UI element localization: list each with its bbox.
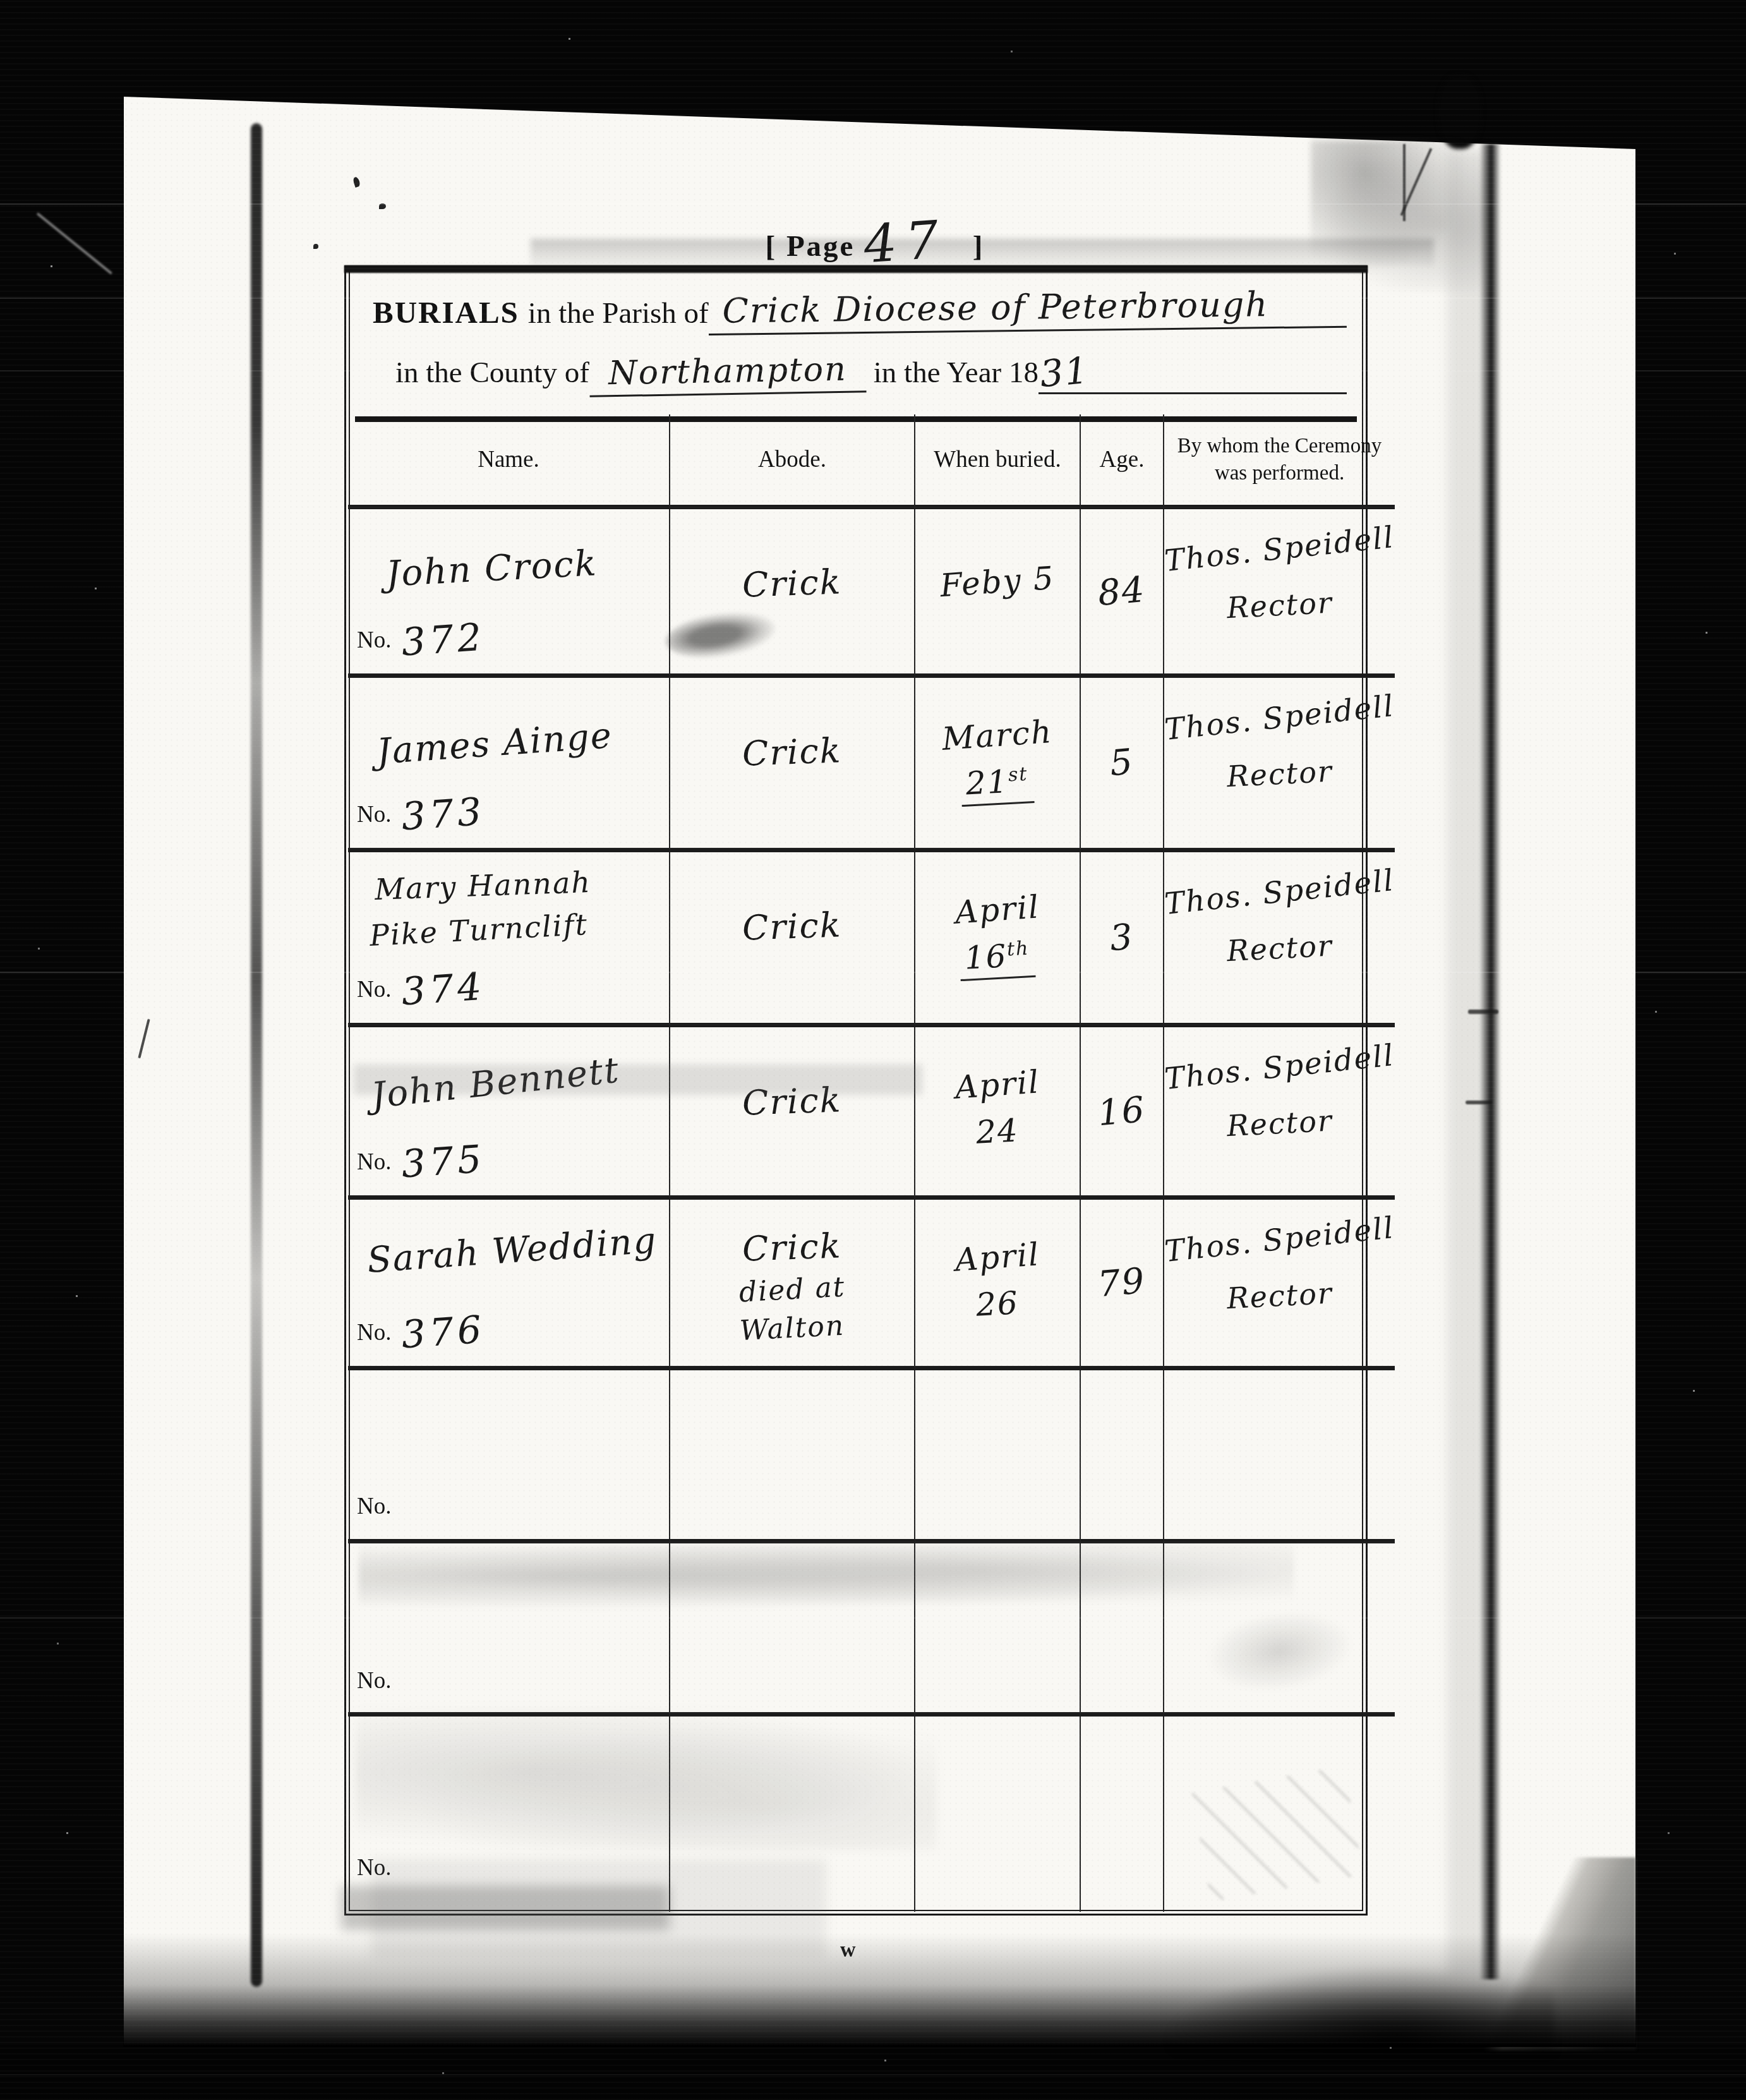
- header-parish-handwritten: Crick Diocese of Peterbrough: [708, 284, 1347, 335]
- scan-line: [0, 203, 1746, 205]
- scan-black-right: [1635, 0, 1746, 2100]
- column-header-name: Name.: [348, 414, 670, 509]
- page-edge-notch: [1438, 75, 1482, 149]
- column-header-label: Age.: [1100, 446, 1145, 473]
- entry-when-buried-day: 16th: [959, 936, 1036, 981]
- column-header-label: was performed.: [1215, 460, 1344, 487]
- no-label: No.: [357, 1854, 391, 1881]
- entry-when-buried-day: 26: [975, 1284, 1020, 1323]
- entry-abode-line3: Walton: [739, 1310, 846, 1348]
- when-buried-cell: April 24: [915, 1027, 1081, 1200]
- header-line-county-year: in the County of Northampton in the Year…: [395, 348, 1347, 395]
- entry-age: 79: [1097, 1260, 1148, 1305]
- column-header-when-buried: When buried.: [915, 414, 1081, 509]
- no-label: No.: [357, 1667, 391, 1694]
- register-header: BURIALS in the Parish of Crick Diocese o…: [355, 275, 1357, 409]
- entry-number: No.376: [357, 1305, 485, 1349]
- scan-line: [0, 370, 1746, 371]
- entry-abode: Crick: [742, 905, 842, 948]
- ceremony-cell: Thos. Speidell Rector: [1164, 509, 1395, 678]
- scan-line: [0, 1617, 1746, 1619]
- header-burials-word: BURIALS: [373, 294, 519, 330]
- column-header-label: Name.: [478, 446, 539, 473]
- page-label-close: ]: [973, 229, 985, 263]
- dust-specks: [51, 265, 52, 267]
- ceremony-cell: Thos. Speidell Rector: [1164, 1027, 1395, 1200]
- entry-ceremony-by: Thos. Speidell: [1163, 1038, 1396, 1097]
- entry-when-buried: April: [954, 1236, 1041, 1278]
- no-value: 373: [400, 789, 487, 839]
- entry-abode-line2: died at: [738, 1271, 846, 1309]
- entry-abode: Crick: [742, 1226, 842, 1269]
- day-number: 16: [964, 938, 1009, 976]
- ceremony-cell: Thos. Speidell Rector: [1164, 678, 1395, 852]
- abode-cell: Crick: [670, 509, 915, 678]
- no-label: No.: [357, 801, 391, 828]
- name-cell: Sarah Wedding No.376: [348, 1200, 670, 1370]
- entry-name: James Ainge: [375, 715, 614, 773]
- day-number: 26: [975, 1284, 1020, 1323]
- entry-abode: Crick: [742, 1080, 842, 1123]
- scan-line: [0, 2074, 1746, 2075]
- when-buried-cell: March 21st: [915, 678, 1081, 852]
- name-cell: No.: [348, 1543, 670, 1717]
- age-cell: 79: [1081, 1200, 1164, 1370]
- abode-cell: Crick: [670, 678, 915, 852]
- entry-age: 5: [1108, 741, 1135, 784]
- age-cell: [1081, 1370, 1164, 1543]
- scan-line: [0, 298, 1746, 299]
- frame-top-rule: [344, 265, 1368, 273]
- when-buried-cell: [915, 1370, 1081, 1543]
- entry-number: No.372: [357, 613, 485, 657]
- entry-when-buried: April: [954, 1063, 1041, 1106]
- when-buried-cell: Feby 5: [915, 509, 1081, 678]
- scan-black-left: [0, 0, 124, 2100]
- ceremony-cell: Thos. Speidell Rector: [1164, 852, 1395, 1027]
- scan-black-bottom: [0, 2045, 1746, 2100]
- entry-name: Sarah Wedding: [366, 1220, 658, 1281]
- entry-number: No.374: [357, 962, 485, 1006]
- page-label-open: [ Page: [766, 229, 855, 263]
- column-header-label: By whom the Ceremony: [1177, 433, 1382, 460]
- column-header-label: Abode.: [758, 446, 826, 473]
- page-gutter-streak: [1479, 144, 1501, 1979]
- ceremony-cell: [1164, 1717, 1395, 1912]
- name-cell: Mary Hannah Pike Turnclift No.374: [348, 852, 670, 1027]
- page-number-label: [ Page 47 ]: [679, 208, 1071, 269]
- entry-age: 84: [1097, 569, 1148, 613]
- day-number: 24: [975, 1112, 1020, 1150]
- name-cell: James Ainge No.373: [348, 678, 670, 852]
- entry-when-buried: Feby 5: [939, 560, 1056, 605]
- header-county-printed: in the County of: [395, 356, 589, 390]
- name-cell: No.: [348, 1370, 670, 1543]
- entry-when-buried-day: 24: [975, 1112, 1020, 1150]
- abode-cell: [670, 1717, 915, 1912]
- entry-when-buried-day: 21st: [960, 762, 1035, 807]
- column-header-age: Age.: [1081, 414, 1164, 509]
- entry-abode: Crick: [742, 562, 842, 605]
- entry-when-buried: March: [941, 713, 1054, 757]
- entry-ceremony-title: Rector: [1225, 586, 1333, 625]
- no-label: No.: [357, 1319, 391, 1346]
- entry-age: 16: [1097, 1089, 1148, 1133]
- entry-when-buried: April: [954, 888, 1041, 931]
- ceremony-cell: Thos. Speidell Rector: [1164, 1200, 1395, 1370]
- entry-ceremony-by: Thos. Speidell: [1163, 1210, 1396, 1269]
- when-buried-cell: [915, 1717, 1081, 1912]
- burial-table: Name. Abode. When buried. Age. By whom t…: [348, 414, 1364, 1912]
- age-cell: 84: [1081, 509, 1164, 678]
- column-header-abode: Abode.: [670, 414, 915, 509]
- entry-name: Mary Hannah: [374, 865, 592, 907]
- when-buried-cell: April 16th: [915, 852, 1081, 1027]
- when-buried-cell: [915, 1543, 1081, 1717]
- abode-cell: [670, 1370, 915, 1543]
- ink-speck: [313, 244, 318, 249]
- entry-ceremony-by: Thos. Speidell: [1163, 520, 1396, 579]
- entry-number: No.: [357, 1493, 401, 1520]
- header-year-handwritten: 31: [1038, 349, 1090, 396]
- binding-crease-shadow: [251, 123, 262, 1987]
- name-cell: John Crock No.372: [348, 509, 670, 678]
- no-label: No.: [357, 1493, 391, 1520]
- age-cell: 5: [1081, 678, 1164, 852]
- header-year-printed: in the Year 18: [874, 356, 1039, 390]
- no-label: No.: [357, 1149, 391, 1176]
- day-ordinal: th: [1006, 938, 1030, 961]
- name-cell: John Bennett No.375: [348, 1027, 670, 1200]
- header-county-handwritten: Northampton: [589, 350, 866, 397]
- entry-number: No.373: [357, 787, 485, 831]
- no-value: 375: [400, 1137, 487, 1186]
- entry-age: 3: [1108, 916, 1135, 959]
- no-value: 372: [400, 615, 487, 665]
- entry-ceremony-by: Thos. Speidell: [1163, 689, 1396, 747]
- gutter-tick: [1466, 1101, 1492, 1104]
- age-cell: [1081, 1717, 1164, 1912]
- entry-number: No.: [357, 1667, 401, 1694]
- name-cell: No.: [348, 1717, 670, 1912]
- scanned-register-page: [ Page 47 ] BURIALS in the Parish of Cri…: [0, 0, 1746, 2100]
- column-header-ceremony: By whom the Ceremony was performed.: [1164, 414, 1395, 509]
- register-table-frame: BURIALS in the Parish of Crick Diocese o…: [344, 265, 1368, 1916]
- entry-ceremony-by: Thos. Speidell: [1163, 863, 1396, 922]
- entry-name: John Crock: [385, 543, 599, 594]
- no-label: No.: [357, 976, 391, 1003]
- abode-cell: [670, 1543, 915, 1717]
- day-number: 21: [965, 763, 1010, 802]
- no-label: No.: [357, 627, 391, 654]
- abode-cell: Crick: [670, 852, 915, 1027]
- bottom-border-smudge: [341, 1886, 670, 1930]
- day-ordinal: st: [1008, 763, 1028, 787]
- entry-abode: Crick: [742, 730, 842, 773]
- no-value: 376: [400, 1307, 487, 1357]
- age-cell: 3: [1081, 852, 1164, 1027]
- when-buried-cell: April 26: [915, 1200, 1081, 1370]
- ceremony-cell: [1164, 1543, 1395, 1717]
- entry-number: No.375: [357, 1135, 485, 1179]
- gutter-tick: [1468, 1010, 1498, 1014]
- ceremony-cell: [1164, 1370, 1395, 1543]
- scan-line: [0, 972, 1746, 973]
- entry-ceremony-title: Rector: [1225, 929, 1333, 969]
- entry-name-line2: Pike Turnclift: [369, 907, 589, 953]
- header-parish-printed: in the Parish of: [528, 296, 709, 330]
- entry-ceremony-title: Rector: [1225, 1104, 1333, 1144]
- page-bottom-shadow-mound: [1162, 1965, 1554, 2053]
- entry-ceremony-title: Rector: [1225, 754, 1333, 794]
- age-cell: 16: [1081, 1027, 1164, 1200]
- age-cell: [1081, 1543, 1164, 1717]
- entry-number: No.: [357, 1854, 401, 1881]
- column-header-label: When buried.: [934, 446, 1061, 473]
- entry-ceremony-title: Rector: [1225, 1276, 1333, 1316]
- abode-cell: Crick: [670, 1027, 915, 1200]
- abode-cell: Crick died at Walton: [670, 1200, 915, 1370]
- entry-name: John Bennett: [370, 1050, 622, 1117]
